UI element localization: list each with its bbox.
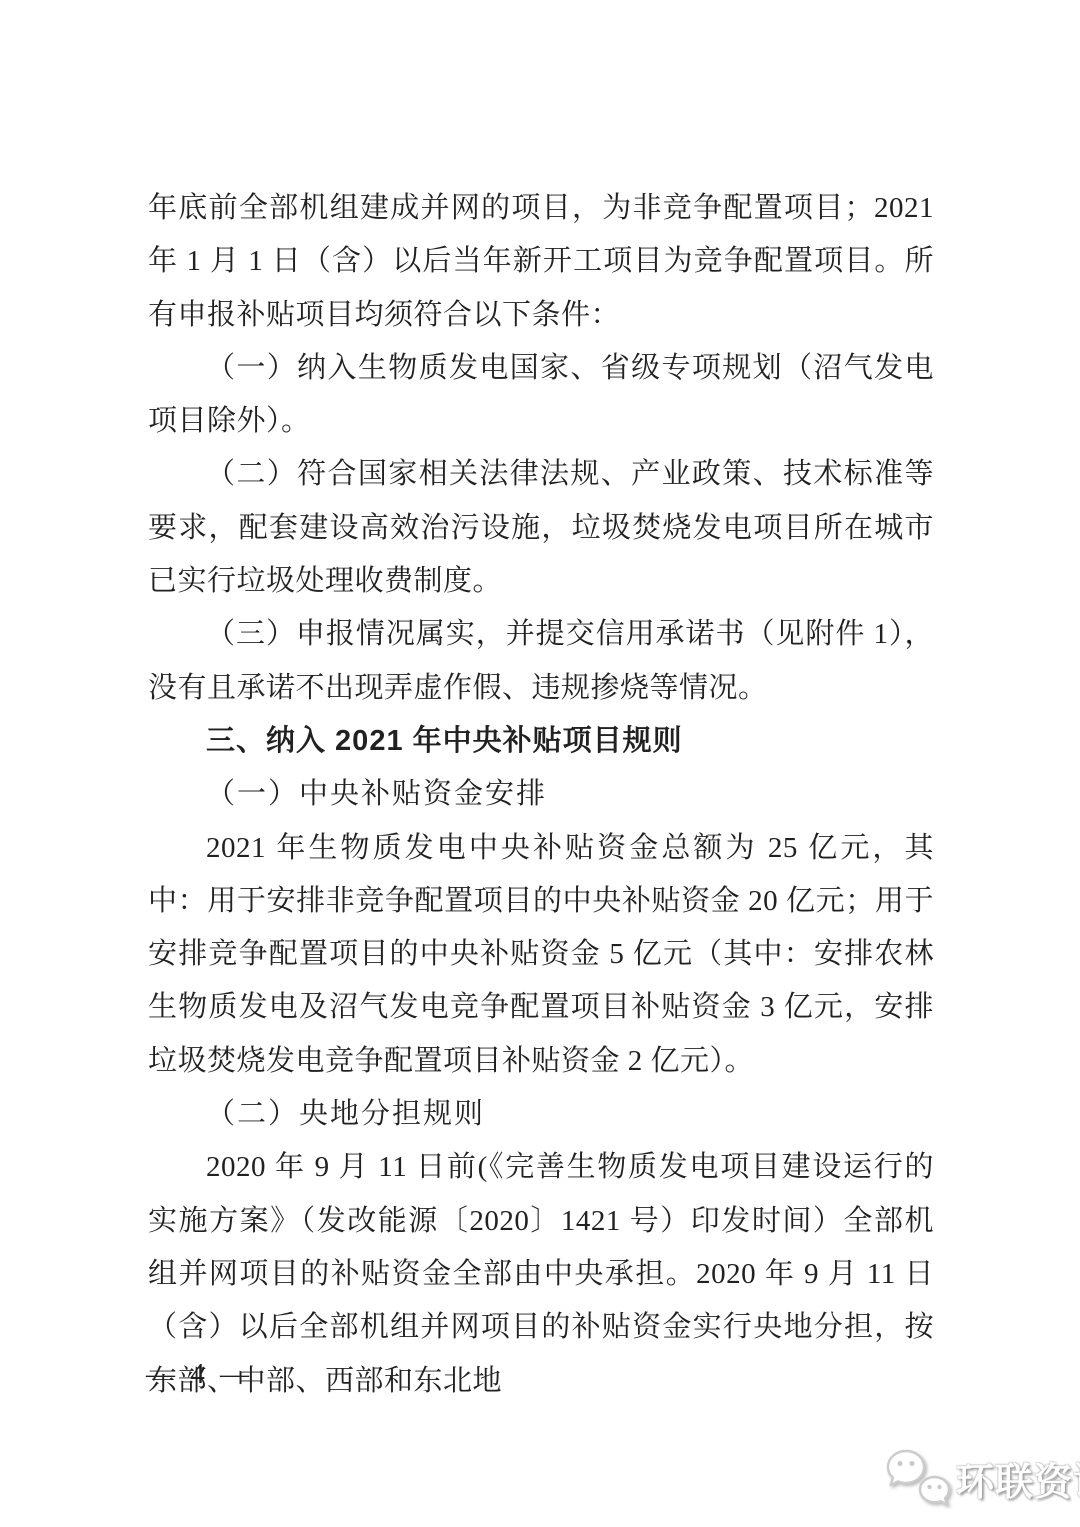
paragraph: 2020 年 9 月 11 日前(《完善生物质发电项目建设运行的实施方案》（发改… xyxy=(148,1141,934,1407)
watermark-brand-text: 环联资讯 xyxy=(956,1451,1080,1506)
sub-heading: （二）央地分担规则 xyxy=(148,1088,934,1141)
sub-heading: （一）中央补贴资金安排 xyxy=(148,768,934,821)
paragraph: 年底前全部机组建成并网的项目，为非竞争配置项目；2021 年 1 月 1 日（含… xyxy=(148,182,934,342)
paragraph: 2021 年生物质发电中央补贴资金总额为 25 亿元，其中：用于安排非竞争配置项… xyxy=(148,822,934,1088)
paragraph: （二）符合国家相关法律法规、产业政策、技术标准等要求，配套建设高效治污设施，垃圾… xyxy=(148,448,934,608)
document-page: 年底前全部机组建成并网的项目，为非竞争配置项目；2021 年 1 月 1 日（含… xyxy=(0,0,1080,1527)
paragraph: （三）申报情况属实，并提交信用承诺书（见附件 1），没有且承诺不出现弄虚作假、违… xyxy=(148,608,934,715)
brand-watermark: 环联资讯 xyxy=(884,1446,1080,1510)
section-heading: 三、纳入 2021 年中央补贴项目规则 xyxy=(148,715,934,768)
wechat-icon xyxy=(884,1446,954,1510)
document-body: 年底前全部机组建成并网的项目，为非竞争配置项目；2021 年 1 月 1 日（含… xyxy=(148,182,934,1408)
page-number: — 4 — xyxy=(146,1358,253,1391)
paragraph: （一）纳入生物质发电国家、省级专项规划（沼气发电项目除外）。 xyxy=(148,342,934,449)
